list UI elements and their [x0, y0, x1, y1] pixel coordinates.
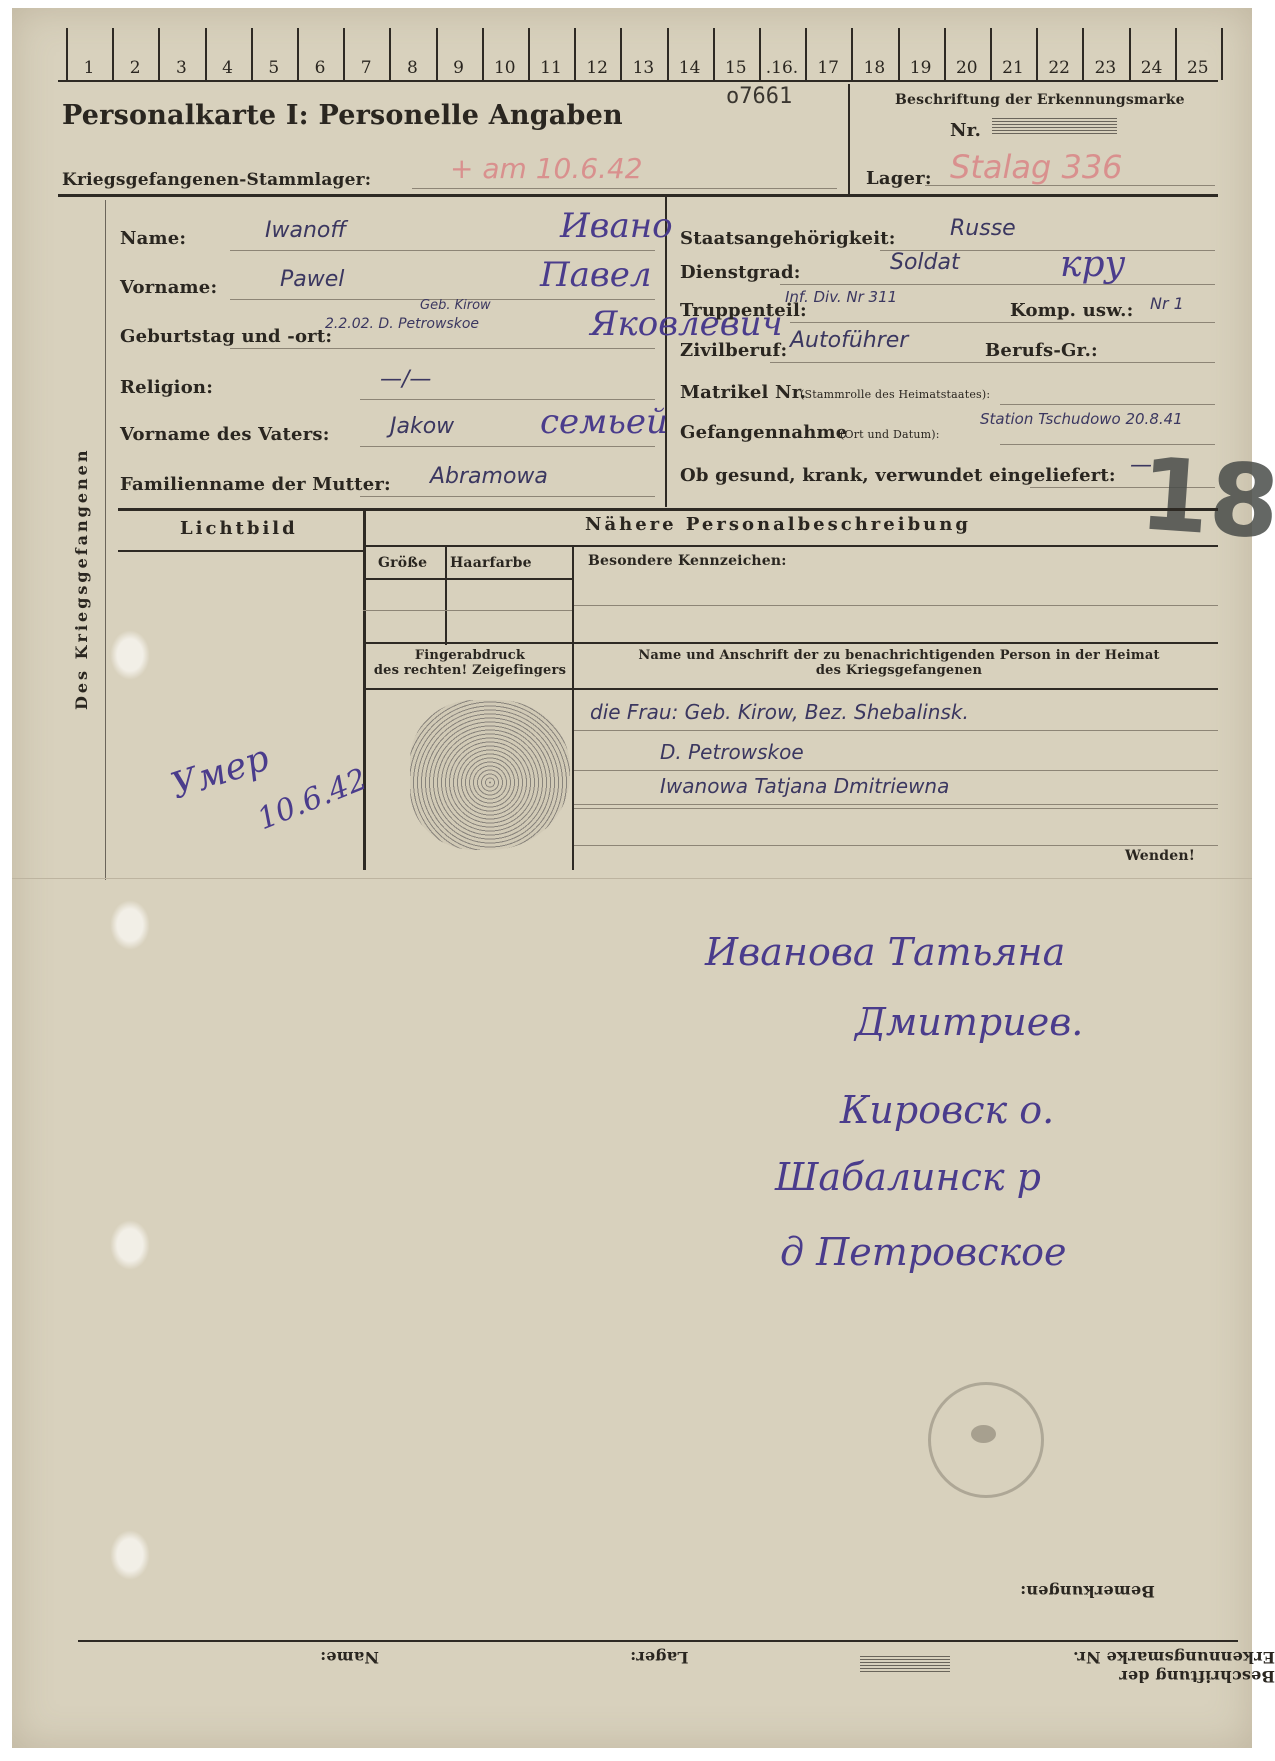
field-value: Station Tschudowo 20.8.41	[980, 410, 1183, 428]
section-header-rule	[363, 545, 1218, 547]
field-value: Pawel	[280, 267, 344, 292]
side-label: Des Kriegsgefangenen	[72, 448, 91, 710]
turn-label: Wenden!	[1125, 848, 1195, 864]
column-divider	[1129, 28, 1131, 80]
field-label: Vorname des Vaters:	[120, 424, 330, 445]
number-strip-bottom-border	[58, 80, 1218, 82]
stamp-mark	[928, 1382, 1044, 1498]
column-divider	[574, 28, 576, 80]
column-divider	[667, 28, 669, 80]
fingerprint-header-line-1: Fingerabdruck	[368, 648, 572, 663]
column-number: 10	[485, 58, 525, 78]
column-number: 24	[1132, 58, 1172, 78]
note-line: Иванова Татьяна	[705, 930, 1065, 974]
column-number: 3	[161, 58, 201, 78]
header-bottom-rule	[58, 194, 1218, 197]
redacted-number	[992, 118, 1117, 136]
column-number: 5	[254, 58, 294, 78]
column-number: 23	[1085, 58, 1125, 78]
field-label: Ob gesund, krank, verwundet eingeliefert…	[680, 465, 1116, 486]
column-divider	[343, 28, 345, 80]
column-number: 22	[1039, 58, 1079, 78]
column-divider	[944, 28, 946, 80]
field-value: Soldat	[890, 250, 960, 275]
field-label: Staatsangehörigkeit:	[680, 228, 896, 249]
russian-annotation: Ивано	[560, 206, 673, 246]
field-line	[780, 284, 1215, 285]
field-label: Name:	[120, 228, 186, 249]
field-label: Geburtstag und -ort:	[120, 326, 332, 347]
column-number: 14	[670, 58, 710, 78]
bottom-name-label: Name:	[320, 1648, 379, 1667]
column-divider	[1036, 28, 1038, 80]
pencil-mark: 18	[1136, 435, 1275, 561]
contact-header: Name und Anschrift der zu benachrichtige…	[580, 648, 1218, 678]
column-number: 15	[716, 58, 756, 78]
column-divider	[990, 28, 992, 80]
height-header: Größe	[378, 555, 427, 571]
note-line: д Петровское	[780, 1230, 1066, 1274]
field-value: Jakow	[390, 414, 454, 439]
page-title: Personalkarte I: Personelle Angaben	[62, 100, 623, 131]
column-divider	[528, 28, 530, 80]
contact-line: D. Petrowskoe	[660, 740, 804, 764]
russian-annotation: кру	[1060, 244, 1125, 285]
field-label: Dienstgrad:	[680, 262, 801, 283]
fingerprint-divider	[572, 547, 574, 870]
field-label-note: (Stammrolle des Heimatstaates):	[800, 388, 990, 401]
column-divider	[389, 28, 391, 80]
column-number: 2	[115, 58, 155, 78]
stammlager-value: + am 10.6.42	[450, 152, 643, 185]
column-number: 6	[300, 58, 340, 78]
contact-line-5	[574, 845, 1218, 846]
column-number: 13	[623, 58, 663, 78]
side-rule	[105, 200, 106, 880]
column-divider	[66, 28, 68, 80]
column-number: .16.	[762, 58, 802, 78]
column-divider	[297, 28, 299, 80]
contact-header-line-1: Name und Anschrift der zu benachrichtige…	[580, 648, 1218, 663]
field-line	[230, 348, 655, 349]
field-label: Religion:	[120, 377, 213, 398]
marks-header: Besondere Kennzeichen:	[588, 553, 787, 569]
field-line	[770, 362, 1215, 363]
lager-label: Lager:	[866, 168, 932, 189]
fingerprint-top-rule	[363, 642, 1218, 644]
field-label-2: Berufs-Gr.:	[985, 340, 1098, 361]
column-divider	[112, 28, 114, 80]
column-divider	[482, 28, 484, 80]
punch-hole	[110, 1220, 150, 1270]
column-number: 4	[208, 58, 248, 78]
field-line	[360, 496, 655, 497]
fingerprint-image	[410, 700, 570, 850]
contact-line: die Frau: Geb. Kirow, Bez. Shebalinsk.	[590, 700, 969, 724]
field-label: Gefangennahme	[680, 422, 847, 443]
field-value: Iwanoff	[265, 218, 346, 243]
field-line	[360, 446, 655, 447]
column-number: 25	[1178, 58, 1218, 78]
lager-value: Stalag 336	[950, 148, 1123, 186]
photo-header: Lichtbild	[180, 518, 298, 539]
field-label: Matrikel Nr.	[680, 382, 806, 403]
field-value-above: Geb. Kirow	[420, 298, 491, 313]
column-divider	[713, 28, 715, 80]
column-divider	[1221, 28, 1223, 80]
contact-line-3	[574, 770, 1218, 771]
contact-line: Iwanowa Tatjana Dmitriewna	[660, 774, 949, 798]
field-value: Inf. Div. Nr 311	[785, 288, 897, 306]
punch-hole	[110, 630, 150, 680]
field-value: Autoführer	[790, 328, 908, 353]
column-divider	[251, 28, 253, 80]
contact-rule	[574, 804, 1218, 805]
field-value: —/—	[380, 367, 431, 392]
bottom-redacted-number	[860, 1656, 950, 1672]
bottom-marke-label: Beschriftung der Erkennungsmarke Nr.	[960, 1648, 1275, 1686]
fold-line	[12, 878, 1252, 879]
field-value: Abramowa	[430, 464, 548, 489]
remarks-label: Bemerkungen:	[1020, 1582, 1155, 1601]
marks-line	[574, 605, 1218, 606]
column-number: 20	[947, 58, 987, 78]
description-top-rule	[118, 508, 1218, 511]
field-label-note: (Ort und Datum):	[840, 428, 940, 441]
column-number: 12	[577, 58, 617, 78]
field-label: Vorname:	[120, 277, 217, 298]
column-number: 8	[392, 58, 432, 78]
column-divider	[898, 28, 900, 80]
column-number: 1	[69, 58, 109, 78]
russian-annotation: Павел	[540, 255, 651, 295]
field-line	[360, 399, 655, 400]
column-divider	[1082, 28, 1084, 80]
erkennungsmarke-header: Beschriftung der Erkennungsmarke	[895, 92, 1185, 108]
column-number: 7	[346, 58, 386, 78]
bottom-lager-label: Lager:	[630, 1648, 689, 1667]
column-divider	[158, 28, 160, 80]
height-hair-rule	[363, 578, 573, 580]
column-divider	[759, 28, 761, 80]
contact-header-rule	[363, 688, 1218, 690]
column-divider	[1175, 28, 1177, 80]
column-divider	[620, 28, 622, 80]
field-label: Zivilberuf:	[680, 340, 787, 361]
height-hair-divider	[445, 547, 447, 645]
column-divider	[805, 28, 807, 80]
fingerprint-header-line-2: des rechten! Zeigefingers	[368, 663, 572, 678]
column-number: 11	[531, 58, 571, 78]
field-value-2: Nr 1	[1150, 294, 1184, 313]
punch-hole	[110, 900, 150, 950]
stammlager-line	[412, 188, 837, 189]
field-line	[790, 322, 1215, 323]
height-hair-row	[363, 610, 573, 611]
card-number: o7661	[726, 84, 792, 109]
nr-label: Nr.	[950, 120, 981, 141]
header-divider	[848, 84, 850, 194]
russian-annotation: семьей	[540, 402, 668, 442]
column-number: 19	[901, 58, 941, 78]
field-line	[1000, 404, 1215, 405]
stammlager-label: Kriegsgefangenen-Stammlager:	[62, 170, 371, 190]
hair-header: Haarfarbe	[450, 555, 532, 571]
note-line: Дмитриев.	[855, 1000, 1083, 1044]
field-value: 2.2.02. D. Petrowskoe	[325, 316, 479, 332]
section-header: Nähere Personalbeschreibung	[585, 514, 971, 535]
bottom-rule	[78, 1640, 1238, 1642]
field-label: Familienname der Mutter:	[120, 474, 391, 495]
column-number: 9	[439, 58, 479, 78]
field-line	[230, 250, 655, 251]
column-number: 18	[854, 58, 894, 78]
column-divider	[851, 28, 853, 80]
field-label-2: Komp. usw.:	[1010, 300, 1133, 321]
contact-line-4	[574, 808, 1218, 809]
column-divider	[436, 28, 438, 80]
column-number: 21	[993, 58, 1033, 78]
photo-header-rule	[118, 550, 363, 552]
photo-divider	[363, 510, 366, 870]
note-line: Шабалинск р	[775, 1155, 1041, 1199]
note-line: Кировск о.	[840, 1088, 1054, 1132]
column-divider	[205, 28, 207, 80]
fingerprint-header: Fingerabdruck des rechten! Zeigefingers	[368, 648, 572, 678]
field-value: Russe	[950, 216, 1016, 241]
contact-rule	[574, 730, 1218, 731]
contact-header-line-2: des Kriegsgefangenen	[580, 663, 1218, 678]
punch-hole	[110, 1530, 150, 1580]
column-number: 17	[808, 58, 848, 78]
stamp-emblem	[971, 1425, 996, 1443]
